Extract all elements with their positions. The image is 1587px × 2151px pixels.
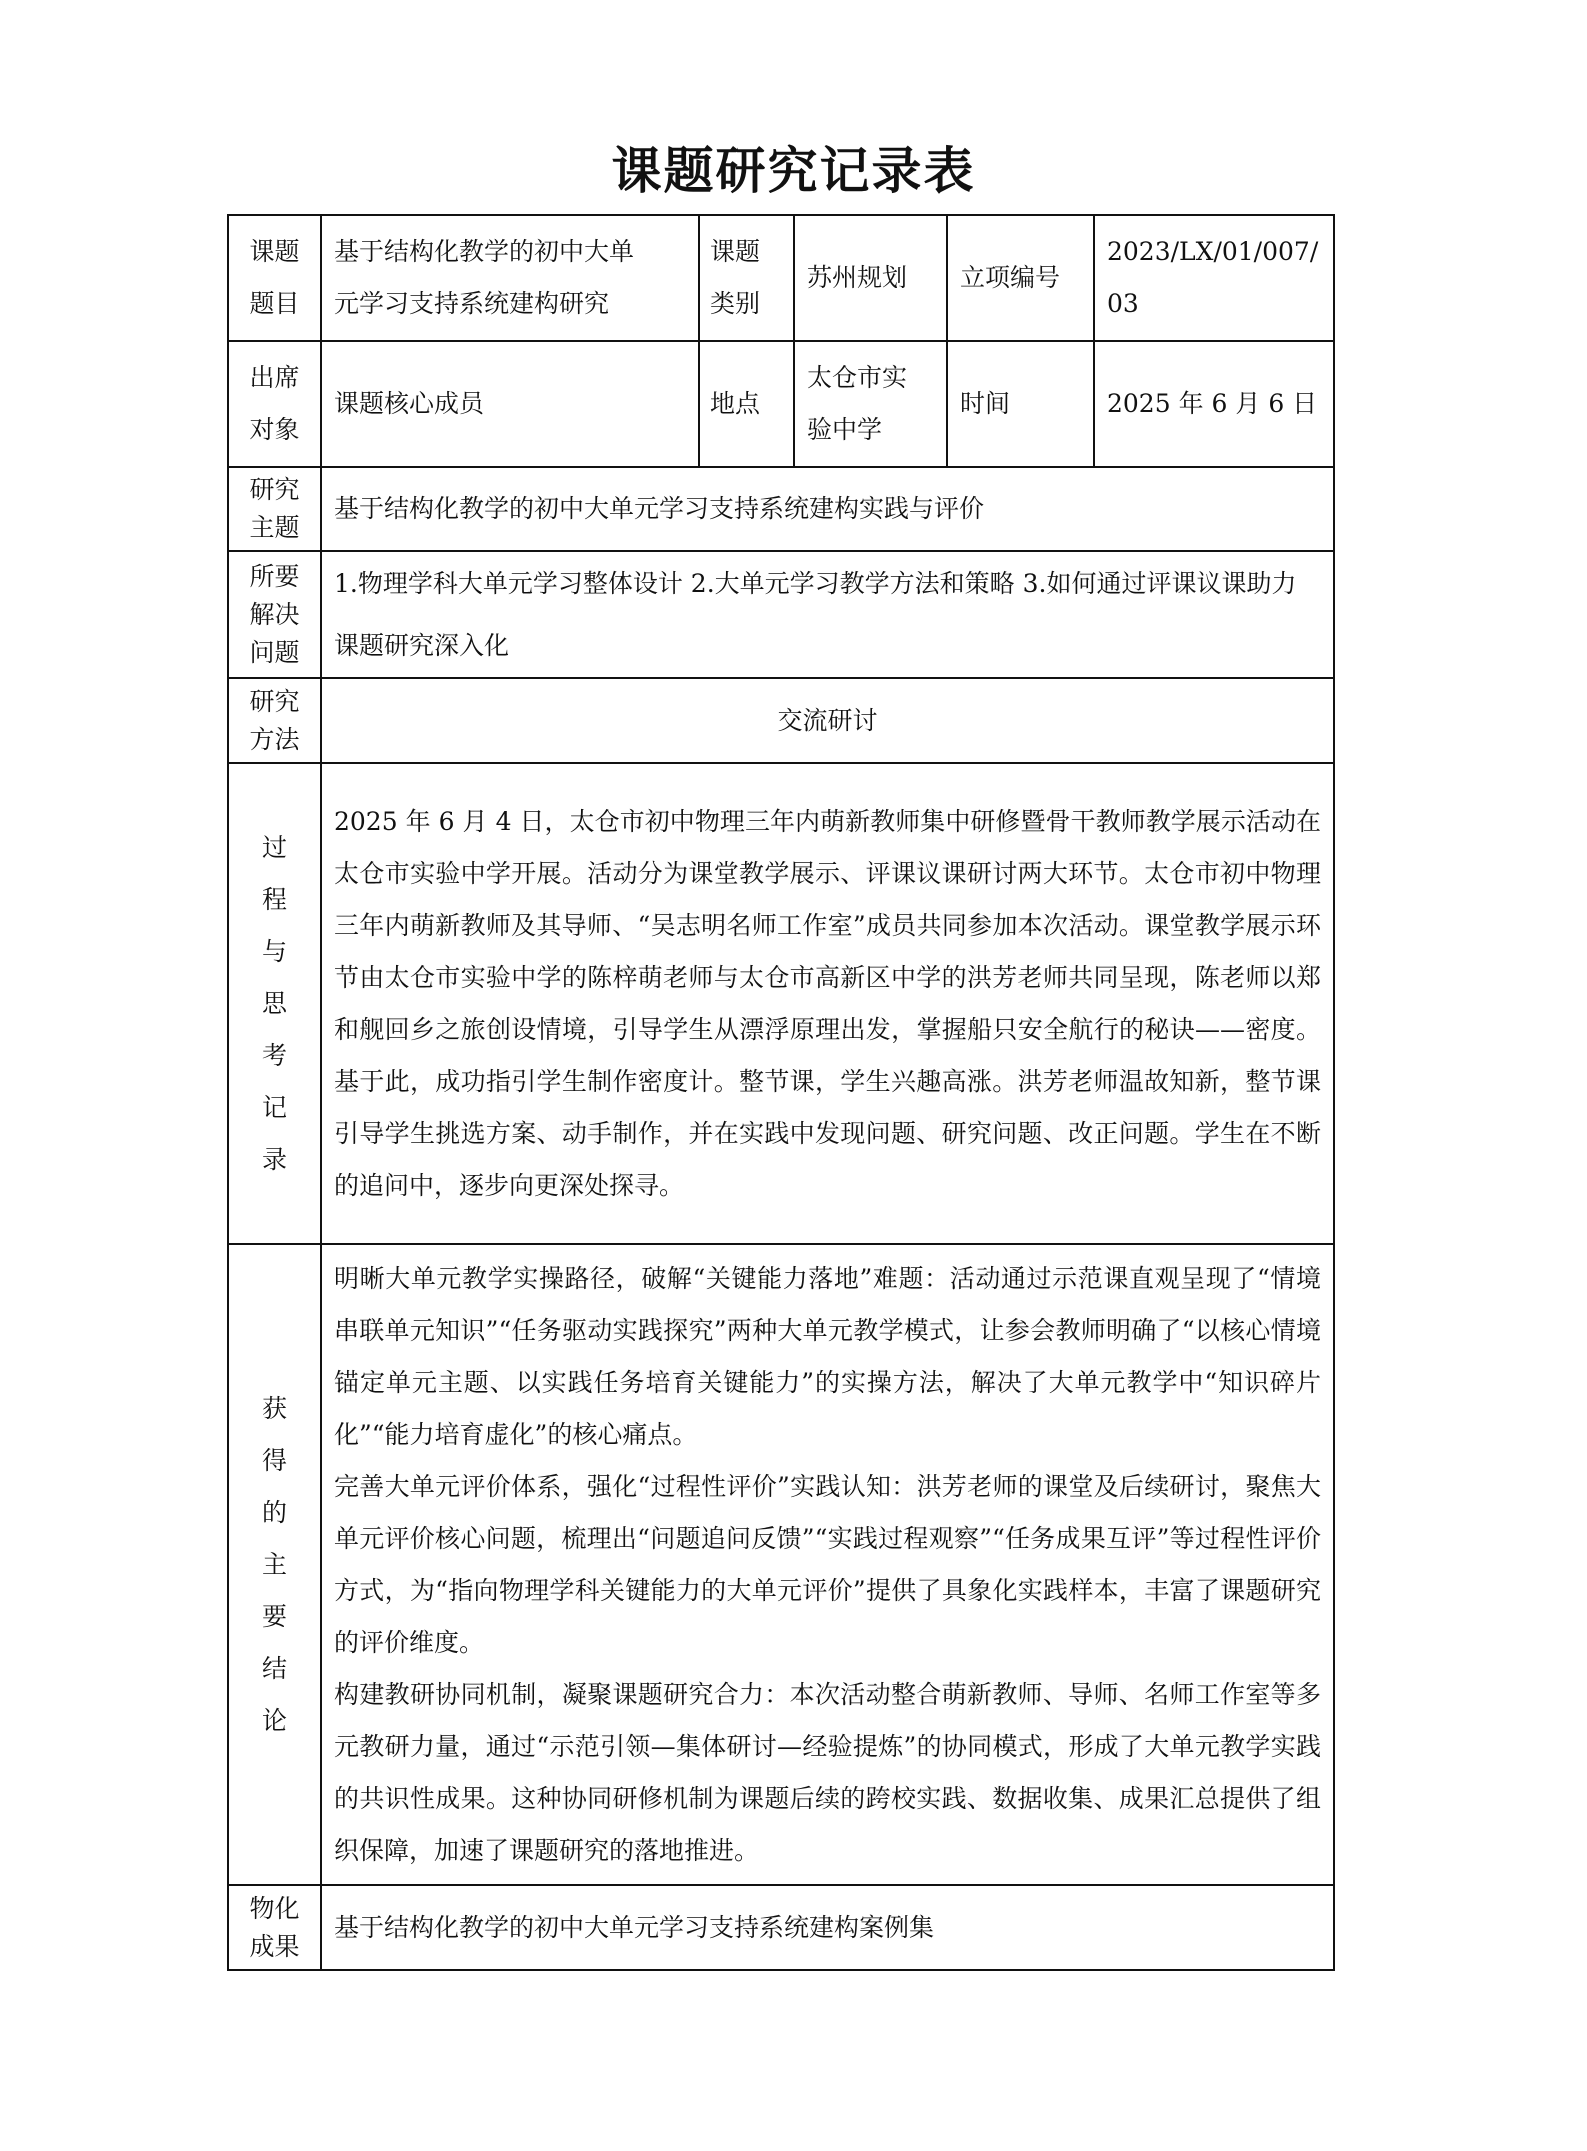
conclusion-paragraph: 构建教研协同机制，凝聚课题研究合力：本次活动整合萌新教师、导师、名师工作室等多元…: [334, 1669, 1321, 1877]
value-attendance: 课题核心成员: [321, 341, 699, 467]
label-char: 与: [241, 926, 308, 978]
value-line: 03: [1107, 278, 1321, 330]
conclusion-paragraph: 明晰大单元教学实操路径，破解“关键能力落地”难题：活动通过示范课直观呈现了“情境…: [334, 1253, 1321, 1461]
row-topic: 课题 题目 基于结构化教学的初中大单 元学习支持系统建构研究 课题 类别 苏州规…: [228, 215, 1334, 341]
value-line: 元学习支持系统建构研究: [334, 278, 686, 330]
value-problems: 1.物理学科大单元学习整体设计 2.大单元学习教学方法和策略 3.如何通过评课议…: [321, 551, 1334, 678]
label-theme: 研究 主题: [228, 467, 321, 551]
row-method: 研究 方法 交流研讨: [228, 678, 1334, 763]
label-line: 类别: [710, 278, 781, 330]
label-char: 思: [241, 978, 308, 1030]
label-attendance: 出席 对象: [228, 341, 321, 467]
label-method: 研究 方法: [228, 678, 321, 763]
value-topic: 基于结构化教学的初中大单 元学习支持系统建构研究: [321, 215, 699, 341]
label-outcome: 物化 成果: [228, 1885, 321, 1970]
process-text: 2025 年 6 月 4 日，太仓市初中物理三年内萌新教师集中研修暨骨干教师教学…: [334, 796, 1321, 1212]
label-line: 主题: [241, 509, 308, 547]
row-theme: 研究 主题 基于结构化教学的初中大单元学习支持系统建构实践与评价: [228, 467, 1334, 551]
label-line: 方法: [241, 721, 308, 759]
label-char: 录: [241, 1134, 308, 1186]
row-conclusions: 获 得 的 主 要 结 论 明晰大单元教学实操路径，破解“关键能力落地”难题：活…: [228, 1244, 1334, 1885]
value-outcome: 基于结构化教学的初中大单元学习支持系统建构案例集: [321, 1885, 1334, 1970]
label-process: 过 程 与 思 考 记 录: [228, 763, 321, 1244]
label-time: 时间: [947, 341, 1094, 467]
record-table: 课题 题目 基于结构化教学的初中大单 元学习支持系统建构研究 课题 类别 苏州规…: [227, 214, 1335, 1971]
label-char: 考: [241, 1030, 308, 1082]
row-process: 过 程 与 思 考 记 录 2025 年 6 月 4 日，太仓市初中物理三年内萌…: [228, 763, 1334, 1244]
value-method: 交流研讨: [321, 678, 1334, 763]
value-time: 2025 年 6 月 6 日: [1094, 341, 1334, 467]
value-theme: 基于结构化教学的初中大单元学习支持系统建构实践与评价: [321, 467, 1334, 551]
label-char: 获: [241, 1383, 308, 1435]
label-char: 论: [241, 1695, 308, 1747]
label-line: 出席: [241, 352, 308, 404]
value-line: 验中学: [807, 404, 934, 456]
value-project-no: 2023/LX/01/007/ 03: [1094, 215, 1334, 341]
label-category: 课题 类别: [699, 215, 794, 341]
label-char: 程: [241, 874, 308, 926]
label-char: 主: [241, 1539, 308, 1591]
label-line: 课题: [710, 226, 781, 278]
value-line: 太仓市实: [807, 352, 934, 404]
label-char: 过: [241, 822, 308, 874]
label-line: 解决: [241, 596, 308, 634]
label-line: 所要: [241, 558, 308, 596]
conclusion-paragraph: 完善大单元评价体系，强化“过程性评价”实践认知：洪芳老师的课堂及后续研讨，聚焦大…: [334, 1461, 1321, 1669]
value-line: 基于结构化教学的初中大单: [334, 226, 686, 278]
label-line: 物化: [241, 1890, 308, 1928]
row-attendance: 出席 对象 课题核心成员 地点 太仓市实 验中学 时间 2025 年 6 月 6…: [228, 341, 1334, 467]
label-conclusions: 获 得 的 主 要 结 论: [228, 1244, 321, 1885]
label-char: 结: [241, 1643, 308, 1695]
label-char: 要: [241, 1591, 308, 1643]
label-line: 课题: [241, 226, 308, 278]
label-line: 问题: [241, 634, 308, 672]
label-location: 地点: [699, 341, 794, 467]
label-line: 研究: [241, 471, 308, 509]
label-topic: 课题 题目: [228, 215, 321, 341]
label-char: 记: [241, 1082, 308, 1134]
row-outcome: 物化 成果 基于结构化教学的初中大单元学习支持系统建构案例集: [228, 1885, 1334, 1970]
label-line: 题目: [241, 278, 308, 330]
row-problems: 所要 解决 问题 1.物理学科大单元学习整体设计 2.大单元学习教学方法和策略 …: [228, 551, 1334, 678]
label-line: 成果: [241, 1928, 308, 1966]
value-line: 2023/LX/01/007/: [1107, 226, 1321, 278]
label-char: 的: [241, 1487, 308, 1539]
value-location: 太仓市实 验中学: [794, 341, 947, 467]
value-conclusions: 明晰大单元教学实操路径，破解“关键能力落地”难题：活动通过示范课直观呈现了“情境…: [321, 1244, 1334, 1885]
value-process: 2025 年 6 月 4 日，太仓市初中物理三年内萌新教师集中研修暨骨干教师教学…: [321, 763, 1334, 1244]
value-category: 苏州规划: [794, 215, 947, 341]
label-line: 研究: [241, 683, 308, 721]
label-project-no: 立项编号: [947, 215, 1094, 341]
label-line: 对象: [241, 404, 308, 456]
page-title: 课题研究记录表: [0, 140, 1587, 202]
label-problems: 所要 解决 问题: [228, 551, 321, 678]
label-char: 得: [241, 1435, 308, 1487]
